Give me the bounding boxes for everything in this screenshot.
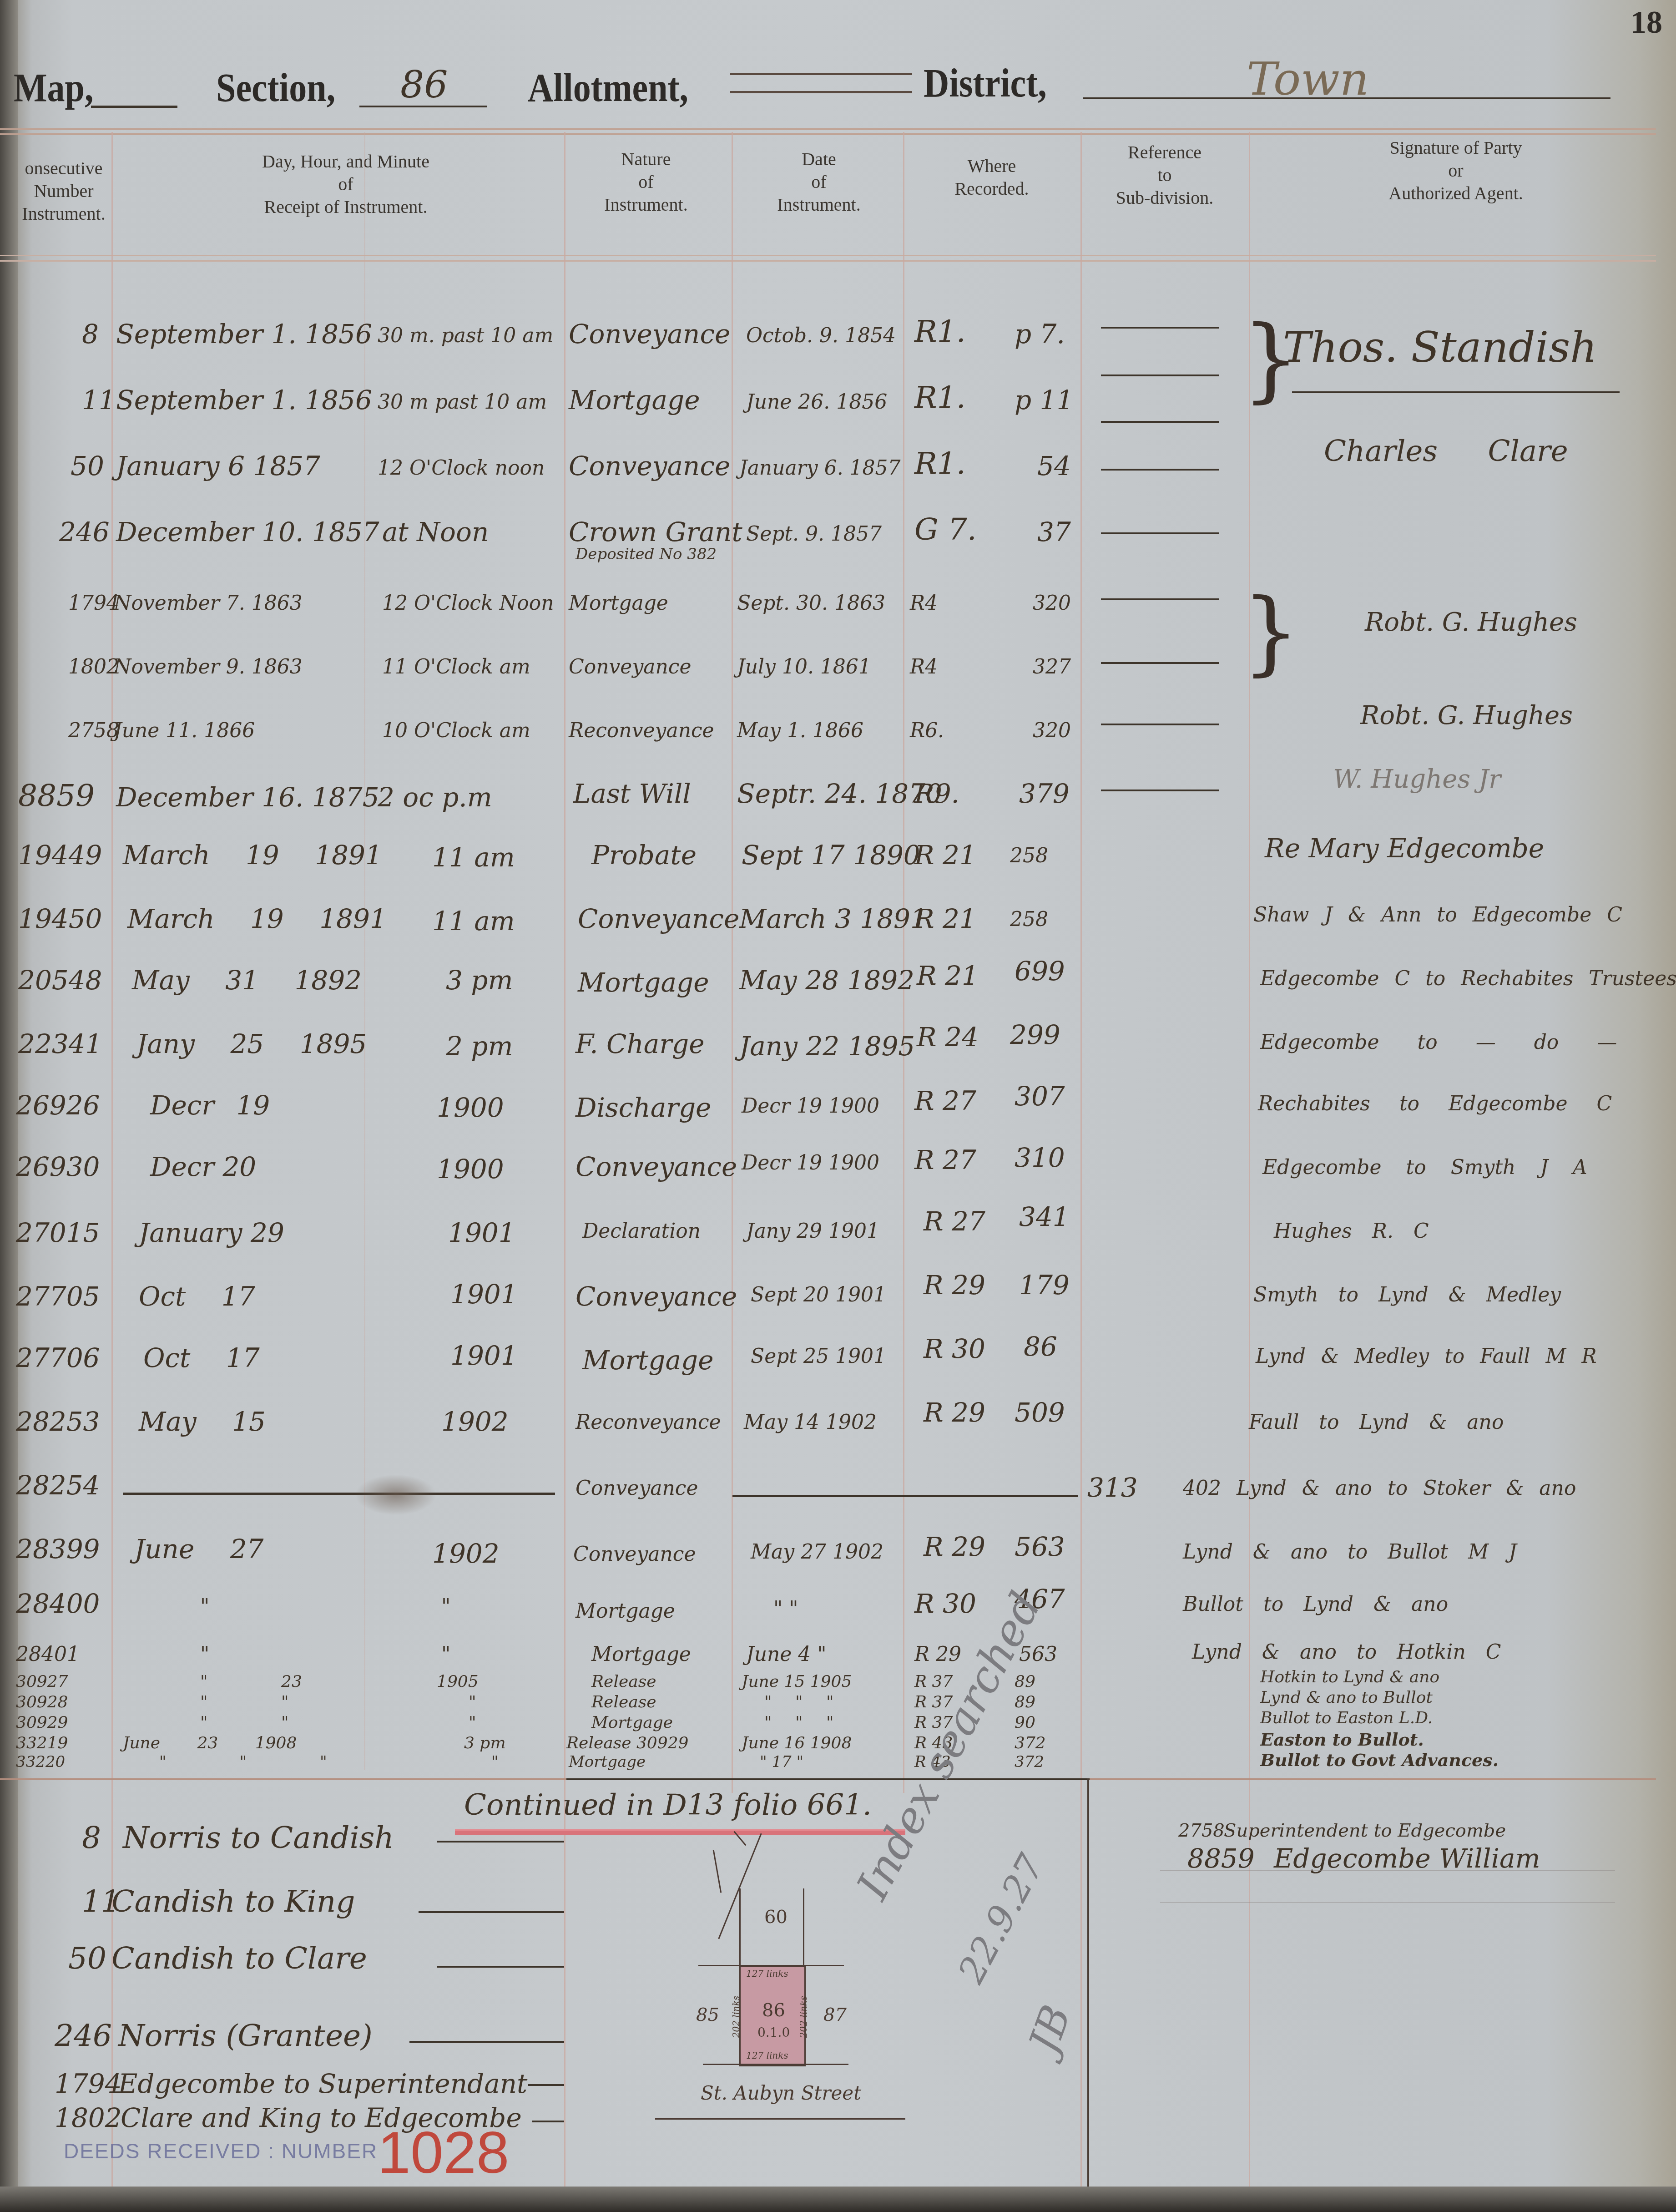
entry-book: R1.: [914, 380, 966, 415]
plan-bottom-dim: 127 links: [746, 2050, 788, 2061]
entry-folio: 54: [1037, 450, 1071, 481]
entry-book: R1.: [914, 314, 966, 349]
entry-number: 19450: [18, 903, 102, 934]
entry-book: R 29: [924, 1270, 985, 1301]
entry-nature: Discharge: [575, 1092, 711, 1123]
entry-number: 30929: [16, 1713, 68, 1732]
entry-date-received: Oct 17: [143, 1342, 260, 1373]
entry-number: 8: [82, 319, 99, 349]
entry-number: 28400: [16, 1588, 100, 1619]
entry-date-received: December 16. 1875: [116, 782, 379, 813]
sig-summary-number: 2758: [1178, 1820, 1225, 1841]
party-entry: Edgecombe to Smyth J A: [1262, 1156, 1587, 1179]
plan-top-dim: 127 links: [746, 1968, 788, 1979]
entry-instrument-date: May 28 1892: [739, 965, 914, 996]
entry-time: 11 am: [432, 842, 515, 873]
entry-time: 11 am: [432, 906, 515, 936]
party-entry: 402 Lynd & ano to Stoker & ano: [1183, 1477, 1576, 1500]
entry-instrument-date: March 3 1891: [739, 903, 927, 934]
entry-nature: Release 30929: [566, 1734, 688, 1752]
entry-number: 246: [59, 516, 110, 547]
summary-number: 246: [55, 2018, 112, 2053]
allotment-line-2: [730, 91, 912, 93]
entry-nature: Conveyance: [575, 1477, 698, 1500]
entry-time: 2 pm: [446, 1031, 513, 1062]
sig-summary-text: Edgecombe William: [1274, 1843, 1540, 1874]
entry-book: R 27: [924, 1206, 985, 1237]
plan-right-dim: 202 links: [798, 1996, 809, 2038]
entry-instrument-date: Sept. 9. 1857: [746, 522, 882, 546]
plan-east-lot: 87: [823, 2004, 847, 2025]
signature-w-hughes: W. Hughes Jr: [1333, 764, 1501, 794]
entry-book: R 29: [914, 1643, 961, 1666]
colhead-rule-2: [0, 260, 1656, 262]
colhead-signature-line3: Authorized Agent.: [1310, 182, 1601, 205]
continued-note: Continued in D13 folio 661.: [464, 1788, 872, 1822]
colhead-date-line1: Date: [742, 148, 896, 171]
entry-instrument-date: Jany 22 1895: [739, 1031, 915, 1062]
plan-street: St. Aubyn Street: [701, 2082, 861, 2104]
entry-folio: 179: [1019, 1270, 1070, 1301]
entry-instrument-date: Jany 29 1901: [746, 1220, 879, 1243]
entry-number: 28401: [16, 1643, 80, 1666]
summary-line: [409, 2041, 564, 2043]
colhead-nature-line1: Nature: [569, 148, 723, 171]
col-rule-2: [564, 132, 565, 2202]
entry-folio: 379: [1019, 778, 1070, 809]
colhead-reference: Reference to Sub-division.: [1087, 141, 1242, 209]
entry-date-received: January 29: [139, 1217, 284, 1248]
entry-number: 20548: [18, 965, 102, 996]
summary-line: [437, 1966, 564, 1968]
colhead-receipt: Day, Hour, and Minute of Receipt of Inst…: [182, 150, 510, 218]
entry-instrument-date: " " ": [764, 1693, 834, 1711]
entry-time: ": [469, 1713, 476, 1732]
entry-instrument-date: Sept 17 1890: [742, 840, 920, 871]
plan-bottom-line: [703, 2064, 848, 2065]
entry-nature: Crown Grant: [569, 516, 742, 547]
entry-nature: Conveyance: [573, 1543, 696, 1566]
entry-instrument-date: Decr 19 1900: [742, 1151, 879, 1174]
entry-book: R 27: [914, 1085, 976, 1116]
entry-folio: 509: [1015, 1397, 1065, 1428]
party-entry: Lynd & Medley to Faull M R: [1256, 1345, 1597, 1368]
plan-left-boundary-ext: [739, 1888, 741, 1966]
entry-time: 1901: [450, 1279, 518, 1310]
entry-number: 27015: [16, 1217, 100, 1248]
sig-summary-text: Superintendent to Edgecombe: [1224, 1820, 1506, 1841]
entry-time: 30 m past 10 am: [378, 390, 547, 414]
plan-lot-area: 0.1.0: [757, 2025, 790, 2040]
entry-date-received: Decr 19: [150, 1090, 270, 1121]
signature-standish: Thos. Standish: [1283, 323, 1597, 372]
colhead-receipt-line3: Receipt of Instrument.: [182, 196, 510, 218]
header-rule-top: [0, 128, 1656, 130]
entry-nature: Mortgage: [591, 1713, 673, 1732]
colhead-receipt-line1: Day, Hour, and Minute: [182, 150, 510, 173]
entry-reference-dash: [1101, 327, 1219, 329]
summary-number: 50: [68, 1941, 106, 1976]
section-value: 86: [400, 64, 448, 107]
entry-book: R 24: [917, 1022, 979, 1053]
entry-instrument-date: Decr 19 1900: [742, 1094, 879, 1118]
entry-time: 1900: [437, 1154, 504, 1184]
entry-time: 10 O'Clock am: [382, 719, 530, 742]
party-entry: Faull to Lynd & ano: [1249, 1411, 1504, 1434]
entry-instrument-date: Septr. 24. 1870: [737, 778, 942, 809]
entry-nature: Conveyance: [569, 319, 730, 349]
colhead-recorded-line1: Where: [910, 155, 1074, 177]
map-blank-line: [91, 106, 177, 108]
entry-nature: Mortgage: [569, 592, 668, 615]
entry-time: 30 m. past 10 am: [378, 324, 553, 347]
entry-date-received: March 19 1891: [123, 840, 382, 871]
entry-nature: Conveyance: [575, 1151, 737, 1182]
deeds-number: 1028: [378, 2118, 509, 2187]
entry-number: 30928: [16, 1693, 68, 1711]
party-entry: Hotkin to Lynd & ano: [1260, 1668, 1439, 1686]
entry-folio: 310: [1015, 1142, 1065, 1173]
entry-instrument-date: July 10. 1861: [737, 655, 871, 678]
ink-blot: [355, 1474, 437, 1515]
entry-number: 28253: [16, 1406, 100, 1437]
summary-number: 1802: [55, 2102, 122, 2133]
entry-folio: 90: [1015, 1713, 1035, 1732]
entry-number: 30927: [16, 1672, 68, 1691]
brace-icon: }: [1242, 587, 1300, 678]
entry-instrument-date: June 4 ": [746, 1643, 827, 1666]
entry-number: 27705: [16, 1281, 100, 1312]
entry-time: ": [469, 1693, 476, 1711]
plan-lot-number: 86: [762, 2000, 785, 2021]
entry-folio: 86: [1024, 1331, 1057, 1362]
entry-number: 1802: [68, 655, 119, 678]
party-entry: Smyth to Lynd & Medley: [1253, 1283, 1561, 1306]
entry-number: 33219: [16, 1734, 68, 1752]
entry-book: R9.: [914, 778, 959, 809]
entry-reference-dash: [1101, 724, 1219, 725]
entry-folio: 699: [1015, 956, 1065, 987]
entry-date-received: June 23 1908: [123, 1734, 297, 1752]
entry-folio: 327: [1033, 655, 1071, 678]
entry-book: R 21: [914, 903, 976, 934]
entry-book: R 29: [924, 1397, 985, 1428]
colhead-receipt-line2: of: [182, 173, 510, 196]
summary-line: [532, 2121, 564, 2122]
summary-text: Candish to Clare: [111, 1941, 367, 1976]
entry-number: 28399: [16, 1534, 100, 1564]
col-rule-time: [364, 132, 365, 1770]
entry-book: R 29: [924, 1531, 985, 1562]
party-entry: Hughes R. C: [1274, 1220, 1429, 1243]
entry-time: 1902: [441, 1406, 509, 1437]
entry-nature: Conveyance: [575, 1281, 737, 1312]
plan-west-lot: 85: [696, 2004, 719, 2025]
entry-reference: 313: [1087, 1472, 1138, 1503]
plan-box-top: [566, 1778, 1090, 1780]
entry-nature: Mortgage: [569, 1753, 646, 1771]
party-entry: Bullot to Govt Advances.: [1260, 1750, 1499, 1770]
entry-instrument-date: January 6. 1857: [739, 456, 901, 480]
colhead-nature-line3: Instrument.: [569, 193, 723, 216]
entry-instrument-date: Octob. 9. 1854: [746, 324, 896, 347]
plan-right-boundary-ext: [803, 1888, 804, 1966]
entry-instrument-date: May 1. 1866: [737, 719, 863, 742]
pencil-initials: JB: [1020, 1999, 1080, 2059]
entry-date-received: January 6 1857: [116, 450, 320, 481]
entry-folio: 37: [1037, 516, 1071, 547]
plan-pointer-line: [713, 1850, 722, 1893]
colhead-date-line2: of: [742, 171, 896, 193]
entry-book: R 21: [917, 960, 979, 991]
entry-time: 12 O'Clock noon: [378, 456, 545, 480]
section-label: Section,: [216, 64, 335, 111]
entry-time: ": [441, 1595, 450, 1618]
entry-book: R 30: [914, 1588, 976, 1619]
entry-nature: Release: [591, 1693, 656, 1711]
colhead-number-line3: Instrument.: [9, 202, 118, 225]
colhead-rule-1: [0, 255, 1656, 256]
entry-book: R6.: [910, 719, 944, 742]
colhead-reference-line2: to: [1087, 164, 1242, 187]
continued-underline: [455, 1829, 905, 1835]
entry-number: 26930: [16, 1151, 100, 1182]
entry-number: 28254: [16, 1470, 100, 1501]
entry-reference-dash: [1101, 662, 1219, 664]
sig-summary-number: 8859: [1187, 1843, 1255, 1874]
colhead-date: Date of Instrument.: [742, 148, 896, 216]
entry-nature: Conveyance: [578, 903, 739, 934]
entry-date-received: Jany 25 1895: [136, 1028, 367, 1059]
entry-struck-line-2: [732, 1495, 1078, 1497]
header-rule-bottom: [0, 133, 1656, 135]
signature-clare: Charles Clare: [1324, 435, 1568, 468]
entry-nature: Reconveyance: [569, 719, 714, 742]
entry-book: R 30: [924, 1333, 985, 1364]
party-entry: Edgecombe to — do —: [1260, 1031, 1617, 1054]
entry-nature: Reconveyance: [575, 1411, 721, 1434]
signature-hughes-1: Robt. G. Hughes: [1365, 607, 1577, 637]
entry-time: 1902: [432, 1538, 500, 1569]
entry-number: 8859: [18, 778, 95, 813]
entry-folio: 258: [1010, 908, 1048, 931]
summary-text: Norris to Candish: [123, 1820, 394, 1855]
pencil-date: 22.9.27: [950, 1848, 1052, 1990]
entry-folio: 89: [1015, 1672, 1035, 1691]
colhead-recorded-line2: Recorded.: [910, 177, 1074, 200]
entry-date-received: September 1. 1856: [116, 385, 372, 415]
deeds-received-stamp: DEEDS RECEIVED : NUMBER: [64, 2139, 378, 2163]
map-label: Map,: [14, 64, 94, 111]
entry-number: 27706: [16, 1342, 100, 1373]
entry-instrument-date: May 14 1902: [744, 1411, 877, 1434]
entry-time: 3 pm: [464, 1734, 506, 1752]
col-rule-4: [903, 132, 904, 1793]
entry-date-received: May 15: [139, 1406, 266, 1437]
entry-date-received: ": [200, 1595, 209, 1618]
entry-time: at Noon: [382, 516, 489, 547]
entry-reference-dash: [1101, 532, 1219, 534]
party-entry: Rechabites to Edgecombe C: [1258, 1092, 1612, 1115]
entry-time: 1900: [437, 1092, 504, 1123]
entry-time: 3 pm: [446, 965, 513, 996]
entry-instrument-date: Sept 20 1901: [751, 1283, 886, 1306]
entry-date-received: Oct 17: [139, 1281, 255, 1312]
colhead-number: onsecutive Number Instrument.: [9, 157, 118, 225]
party-entry: Shaw J & Ann to Edgecombe C: [1253, 903, 1622, 926]
colhead-reference-line1: Reference: [1087, 141, 1242, 164]
colhead-signature-line2: or: [1310, 159, 1601, 182]
entry-date-received: March 19 1891: [127, 903, 387, 934]
entry-folio: 372: [1015, 1753, 1044, 1771]
entry-nature: F. Charge: [575, 1028, 705, 1059]
entry-instrument-date: " 17 ": [760, 1753, 803, 1771]
entry-number: 19449: [18, 840, 102, 871]
entry-number: 11: [82, 385, 116, 415]
colhead-signature: Signature of Party or Authorized Agent.: [1310, 137, 1601, 205]
entry-date-received: December 10. 1857: [116, 516, 379, 547]
entry-nature: Mortgage: [575, 1600, 675, 1623]
binding-edge: [0, 0, 18, 2212]
section-line: [359, 106, 487, 107]
entry-time: 2 oc p.m: [378, 782, 492, 813]
col-rule-6: [1249, 132, 1250, 2202]
entry-instrument-date: " " ": [764, 1713, 834, 1732]
party-entry: Lynd & ano to Hotkin C: [1192, 1640, 1501, 1664]
entry-date-received: November 9. 1863: [114, 655, 303, 678]
entry-nature: Probate: [591, 840, 697, 871]
plan-box-right: [1087, 1778, 1089, 2188]
entry-date-received: ": [200, 1643, 209, 1666]
entry-time: 11 O'Clock am: [382, 655, 530, 678]
entry-folio: p 11: [1015, 385, 1073, 415]
entry-number: 22341: [18, 1028, 102, 1059]
entry-time: ": [491, 1753, 499, 1771]
entry-instrument-date: June 26. 1856: [746, 390, 887, 414]
entry-date-received: Decr 20: [150, 1151, 256, 1182]
entry-folio: p 7.: [1015, 319, 1065, 349]
entry-instrument-date: June 15 1905: [742, 1672, 852, 1691]
entry-date-received: June 27: [134, 1534, 264, 1564]
entry-nature: Mortgage: [578, 967, 709, 998]
entry-reference-dash: [1101, 790, 1219, 791]
colhead-number-line1: onsecutive: [9, 157, 118, 180]
entry-date-received: " ": [200, 1713, 289, 1732]
entry-date-received: November 7. 1863: [114, 592, 303, 615]
summary-line: [437, 1841, 564, 1842]
signature-underline: [1292, 391, 1620, 393]
entry-nature: Conveyance: [569, 450, 730, 481]
entry-date-received: " " ": [159, 1753, 327, 1771]
register-page: 18 Map, Section, 86 Allotment, District,…: [0, 0, 1676, 2212]
party-entry: Bullot to Lynd & ano: [1183, 1593, 1448, 1616]
entry-time: 12 O'Clock Noon: [382, 592, 554, 615]
entry-instrument-date: Sept 25 1901: [751, 1345, 886, 1368]
entry-time: 1905: [437, 1672, 479, 1691]
entry-time: ": [441, 1643, 450, 1666]
col-rule-3: [732, 132, 733, 1793]
entry-date-received: " 23: [200, 1672, 302, 1691]
plan-left-dim: 202 links: [731, 1996, 742, 2038]
entry-nature: Mortgage: [569, 385, 700, 415]
colhead-signature-line1: Signature of Party: [1310, 137, 1601, 159]
entry-time: 1901: [448, 1217, 515, 1248]
summary-line: [528, 2084, 564, 2086]
colhead-recorded: Where Recorded.: [910, 155, 1074, 200]
entry-book: R4: [910, 592, 938, 615]
entry-reference-dash: [1101, 421, 1219, 423]
page-number: 18: [1631, 5, 1662, 41]
entry-book: R 21: [914, 840, 976, 871]
entry-time: 1901: [450, 1340, 518, 1371]
entry-folio: 320: [1033, 592, 1071, 615]
entry-date-received: September 1. 1856: [116, 319, 372, 349]
party-entry: Lynd & ano to Bullot: [1260, 1688, 1433, 1707]
entry-folio: 258: [1010, 844, 1048, 867]
entry-nature: Declaration: [582, 1220, 701, 1243]
summary-line: [419, 1911, 564, 1913]
entry-folio: 89: [1015, 1693, 1035, 1711]
entry-instrument-date: May 27 1902: [751, 1540, 883, 1564]
entry-nature: Mortgage: [591, 1643, 691, 1666]
entry-book: R1.: [914, 446, 966, 481]
entry-book: R 27: [914, 1144, 976, 1175]
entry-number: 1794: [68, 592, 119, 615]
plan-north-lot: 60: [764, 1907, 788, 1928]
entry-date-received: " ": [200, 1693, 289, 1711]
summary-text: Edgecombe to Superintendant: [118, 2068, 527, 2099]
col-rule-5: [1080, 132, 1082, 2202]
district-line: [1083, 97, 1610, 99]
entry-folio: 341: [1019, 1201, 1070, 1232]
sig-summary-rule: [1160, 1902, 1615, 1903]
entry-instrument-date: June 16 1908: [742, 1734, 852, 1752]
entry-book: R 37: [914, 1672, 953, 1691]
entry-nature-note: Deposited No 382: [575, 545, 717, 563]
entry-reference-dash: [1101, 469, 1219, 471]
entry-folio: 563: [1015, 1531, 1065, 1562]
party-entry: Bullot to Easton L.D.: [1260, 1709, 1433, 1727]
entry-number: 33220: [16, 1753, 65, 1771]
summary-number: 8: [82, 1820, 101, 1855]
plan-street-line: [655, 2118, 905, 2120]
entry-nature: Last Will: [573, 778, 691, 809]
signature-hughes-2: Robt. G. Hughes: [1360, 701, 1573, 730]
sig-summary-rule: [1160, 1870, 1615, 1871]
entry-number: 2758: [68, 719, 119, 742]
entry-date-received: May 31 1892: [132, 965, 362, 996]
entry-folio: 299: [1010, 1019, 1060, 1050]
entry-instrument-date: Sept. 30. 1863: [737, 592, 885, 615]
entry-number: 50: [71, 450, 104, 481]
summary-text: Norris (Grantee): [118, 2018, 373, 2053]
colhead-nature: Nature of Instrument.: [569, 148, 723, 216]
entry-folio: 307: [1015, 1081, 1065, 1112]
district-label: District,: [924, 59, 1047, 106]
allotment-label: Allotment,: [528, 64, 688, 111]
colhead-date-line3: Instrument.: [742, 193, 896, 216]
entry-nature: Conveyance: [569, 655, 692, 678]
summary-number: 1794: [55, 2068, 122, 2099]
entry-reference-dash: [1101, 598, 1219, 600]
entry-book: R4: [910, 655, 938, 678]
party-entry: Re Mary Edgecombe: [1265, 833, 1544, 864]
entry-folio: 320: [1033, 719, 1071, 742]
colhead-number-line2: Number: [9, 180, 118, 202]
entry-reference-dash: [1101, 375, 1219, 376]
entry-book: G 7.: [914, 512, 977, 547]
entry-nature: Mortgage: [582, 1345, 714, 1376]
